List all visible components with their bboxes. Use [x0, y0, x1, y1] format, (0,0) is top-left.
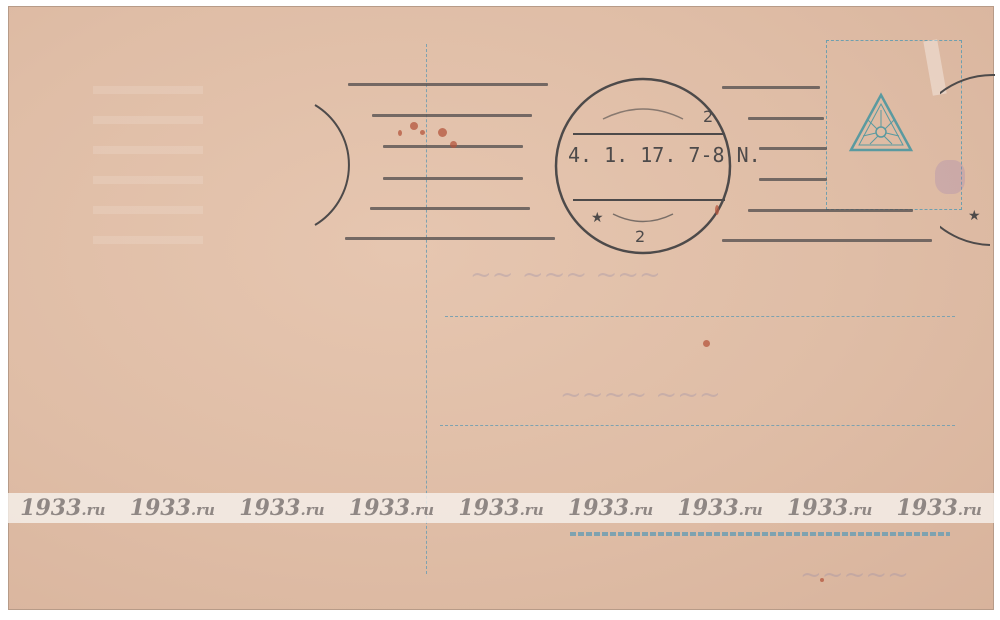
cancellation-line [759, 178, 827, 181]
cancellation-line [722, 239, 932, 242]
cancellation-line [722, 86, 820, 89]
faint-handwriting: ~~~~~ [800, 560, 909, 590]
cancellation-line [748, 209, 913, 212]
red-stain [450, 141, 457, 148]
faint-handwriting: ~~ ~~~ ~~~ [470, 260, 661, 290]
cancellation-line [348, 83, 548, 86]
address-line [570, 532, 950, 536]
cancellation-line [759, 147, 827, 150]
red-stain [398, 130, 402, 136]
red-stain [715, 205, 719, 215]
watermark-text: 1933.ru [787, 495, 872, 521]
red-stain [820, 578, 824, 582]
watermark-text: 1933.ru [568, 495, 653, 521]
cancellation-line [748, 117, 824, 120]
watermark-text: 1933.ru [130, 495, 215, 521]
red-stain [438, 128, 447, 137]
triangle-sun-emblem-icon [848, 92, 914, 154]
svg-text:2: 2 [635, 227, 645, 246]
red-stain [420, 130, 425, 135]
watermark-text: 1933.ru [677, 495, 762, 521]
watermark-text: 1933.ru [239, 495, 324, 521]
watermark-band: 1933.ru1933.ru1933.ru1933.ru1933.ru1933.… [8, 493, 994, 523]
svg-text:★: ★ [591, 210, 604, 226]
cancellation-line [345, 237, 555, 240]
watermark-text: 1933.ru [349, 495, 434, 521]
red-stain [703, 340, 710, 347]
watermark-text: 1933.ru [458, 495, 543, 521]
svg-text:2: 2 [703, 107, 713, 126]
postmark-date: 4. 1. 17. 7-8 N. [568, 143, 761, 167]
embossed-pattern [93, 86, 203, 256]
red-stain [410, 122, 418, 130]
address-line [440, 425, 955, 426]
cancellation-line [370, 207, 530, 210]
cancellation-line [383, 177, 523, 180]
postmark-arc [300, 100, 360, 230]
address-line [445, 316, 955, 317]
postmark-arc: ★ [940, 70, 1000, 250]
cancellation-line [372, 114, 532, 117]
watermark-text: 1933.ru [20, 495, 105, 521]
faint-handwriting: ~~~~ ~~~ [560, 380, 721, 410]
svg-text:★: ★ [968, 208, 981, 224]
watermark-text: 1933.ru [897, 495, 982, 521]
